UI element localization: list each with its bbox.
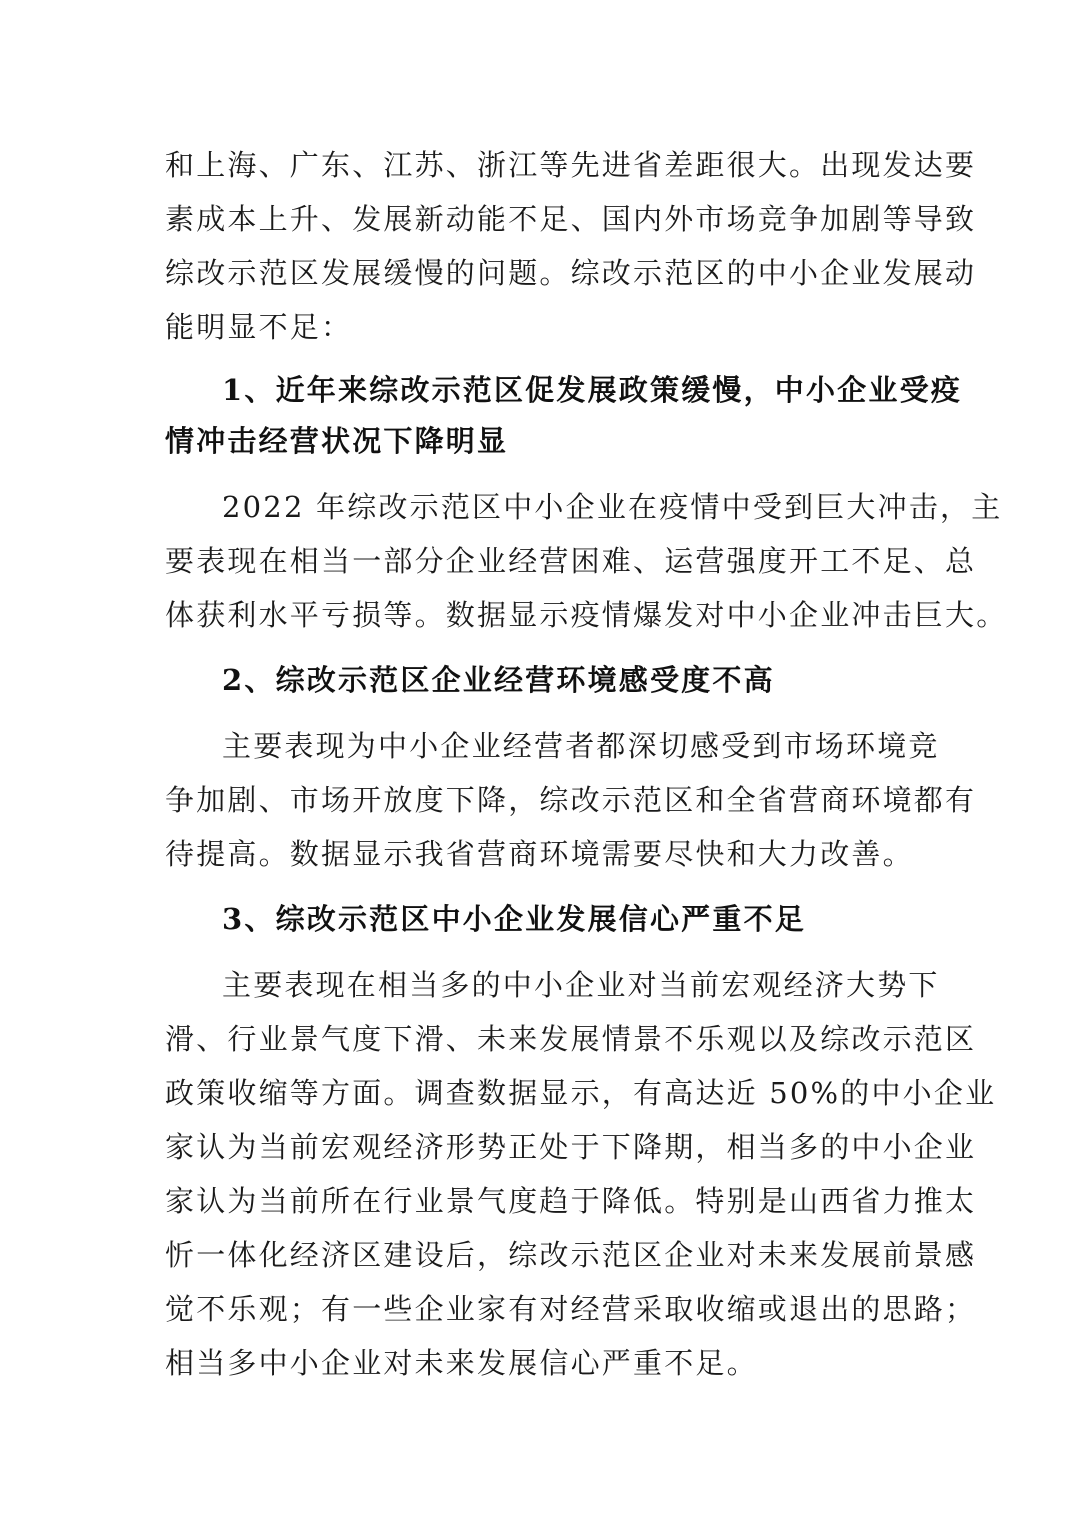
text-line: 要表现在相当一部分企业经营困难、运营强度开工不足、总 — [165, 541, 925, 581]
section-heading: 2、综改示范区企业经营环境感受度不高 — [222, 660, 982, 700]
text-line: 政策收缩等方面。调查数据显示，有高达近 50%的中小企业 — [165, 1073, 925, 1113]
text-line: 主要表现在相当多的中小企业对当前宏观经济大势下 — [222, 965, 982, 1005]
text-line: 待提高。数据显示我省营商环境需要尽快和大力改善。 — [165, 834, 925, 874]
text-line: 能明显不足： — [165, 307, 925, 347]
section-heading: 3、综改示范区中小企业发展信心严重不足 — [222, 899, 982, 939]
text-line: 相当多中小企业对未来发展信心严重不足。 — [165, 1343, 925, 1383]
text-line: 2022 年综改示范区中小企业在疫情中受到巨大冲击，主 — [222, 487, 982, 527]
text-line: 和上海、广东、江苏、浙江等先进省差距很大。出现发达要 — [165, 145, 925, 185]
text-line: 家认为当前所在行业景气度趋于降低。特别是山西省力推太 — [165, 1181, 925, 1221]
document-page: 和上海、广东、江苏、浙江等先进省差距很大。出现发达要 素成本上升、发展新动能不足… — [0, 0, 1080, 1527]
text-line: 滑、行业景气度下滑、未来发展情景不乐观以及综改示范区 — [165, 1019, 925, 1059]
section-heading: 情冲击经营状况下降明显 — [165, 421, 925, 461]
text-line: 忻一体化经济区建设后，综改示范区企业对未来发展前景感 — [165, 1235, 925, 1275]
text-line: 觉不乐观；有一些企业家有对经营采取收缩或退出的思路； — [165, 1289, 925, 1329]
text-line: 体获利水平亏损等。数据显示疫情爆发对中小企业冲击巨大。 — [165, 595, 925, 635]
text-line: 综改示范区发展缓慢的问题。综改示范区的中小企业发展动 — [165, 253, 925, 293]
text-line: 家认为当前宏观经济形势正处于下降期，相当多的中小企业 — [165, 1127, 925, 1167]
text-line: 素成本上升、发展新动能不足、国内外市场竞争加剧等导致 — [165, 199, 925, 239]
section-heading: 1、近年来综改示范区促发展政策缓慢，中小企业受疫 — [222, 370, 982, 410]
text-line: 主要表现为中小企业经营者都深切感受到市场环境竞 — [222, 726, 982, 766]
text-line: 争加剧、市场开放度下降，综改示范区和全省营商环境都有 — [165, 780, 925, 820]
